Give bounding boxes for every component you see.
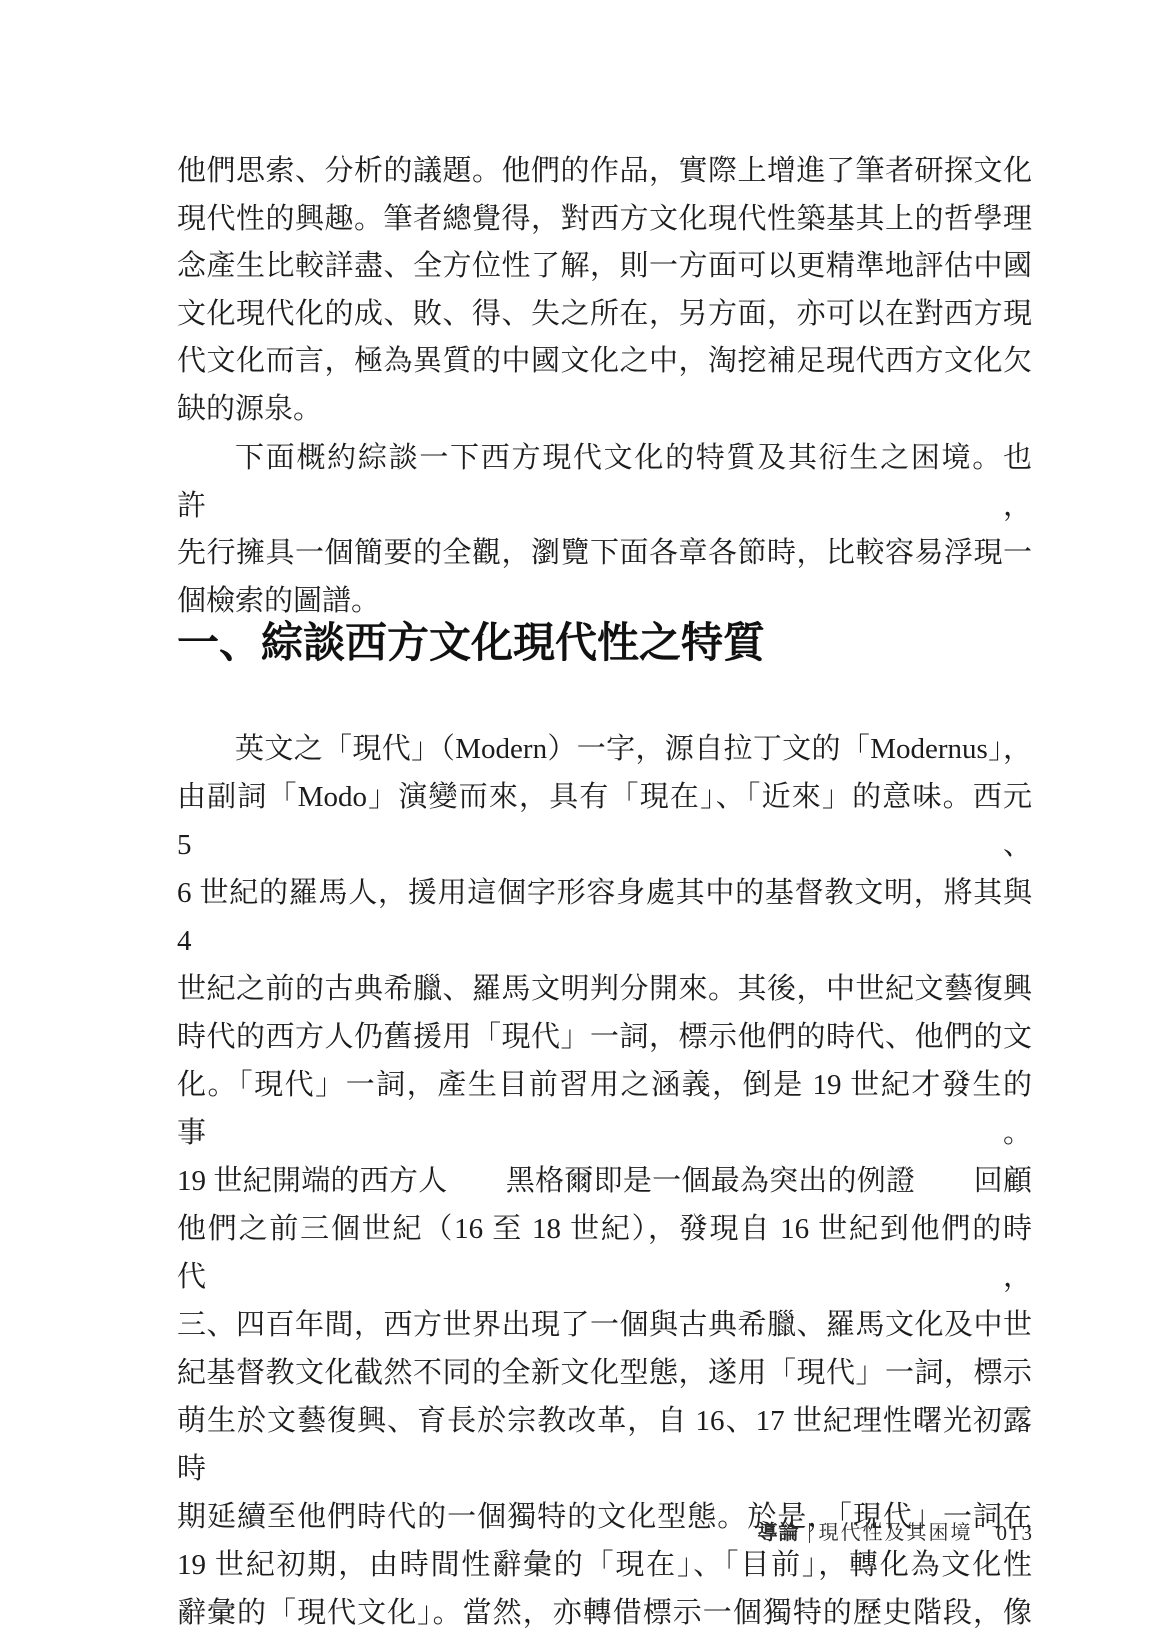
footer-page-number: 013: [997, 1520, 1035, 1546]
text-line: 下面概約綜談一下西方現代文化的特質及其衍生之困境。也許，: [177, 435, 1032, 530]
text-line: 他們之前三個世紀（16 至 18 世紀），發現自 16 世紀到他們的時代，: [177, 1205, 1032, 1301]
paragraph: 下面概約綜談一下西方現代文化的特質及其衍生之困境。也許，先行擁具一個簡要的全觀，…: [177, 435, 1032, 625]
text-line: 紀基督教文化截然不同的全新文化型態，遂用「現代」一詞，標示: [177, 1349, 1032, 1397]
text-line: 英文之「現代」（Modern）一字，源自拉丁文的「Modernus」，: [177, 725, 1032, 773]
text-line: 時代的西方人仍舊援用「現代」一詞，標示他們的時代、他們的文: [177, 1013, 1032, 1061]
text-line: 世紀之前的古典希臘、羅馬文明判分開來。其後，中世紀文藝復興: [177, 965, 1032, 1013]
text-line: 由副詞「Modo」演變而來，具有「現在」、「近來」的意味。西元 5、: [177, 773, 1032, 869]
text-line: 19 世紀初期，由時間性辭彙的「現在」、「目前」，轉化為文化性: [177, 1541, 1032, 1589]
page-footer: 導論 現代性及其困境 013: [758, 1520, 1035, 1546]
text-line: 缺的源泉。: [177, 386, 1032, 434]
text-line: 萌生於文藝復興、育長於宗教改革，自 16、17 世紀理性曙光初露時: [177, 1397, 1032, 1493]
section-paragraphs: 英文之「現代」（Modern）一字，源自拉丁文的「Modernus」，由副詞「M…: [177, 725, 1032, 1637]
footer-book-title: 現代性及其困境: [819, 1520, 973, 1546]
text-line: 辭彙的「現代文化」。當然，亦轉借標示一個獨特的歷史階段，像: [177, 1589, 1032, 1637]
paragraph: 英文之「現代」（Modern）一字，源自拉丁文的「Modernus」，由副詞「M…: [177, 725, 1032, 1637]
text-line: 19 世紀開端的西方人 黑格爾即是一個最為突出的例證 回顧: [177, 1157, 1032, 1205]
text-line: 他們思索、分析的議題。他們的作品，實際上增進了筆者研探文化: [177, 148, 1032, 196]
footer-chapter-label: 導論: [758, 1520, 800, 1546]
text-line: 代文化而言，極為異質的中國文化之中，淘挖補足現代西方文化欠: [177, 338, 1032, 386]
footer-divider: [809, 1523, 810, 1543]
paragraph: 他們思索、分析的議題。他們的作品，實際上增進了筆者研探文化現代性的興趣。筆者總覺…: [177, 148, 1032, 433]
text-line: 念產生比較詳盡、全方位性了解，則一方面可以更精準地評估中國: [177, 243, 1032, 291]
text-line: 三、四百年間，西方世界出現了一個與古典希臘、羅馬文化及中世: [177, 1301, 1032, 1349]
intro-paragraphs: 他們思索、分析的議題。他們的作品，實際上增進了筆者研探文化現代性的興趣。筆者總覺…: [177, 148, 1032, 625]
text-line: 先行擁具一個簡要的全觀，瀏覽下面各章各節時，比較容易浮現一: [177, 530, 1032, 578]
text-line: 化。「現代」一詞，產生目前習用之涵義，倒是 19 世紀才發生的事。: [177, 1061, 1032, 1157]
text-line: 文化現代化的成、敗、得、失之所在，另方面，亦可以在對西方現: [177, 291, 1032, 339]
section-heading: 一、綜談西方文化現代性之特質: [177, 616, 765, 672]
text-line: 現代性的興趣。筆者總覺得，對西方文化現代性築基其上的哲學理: [177, 196, 1032, 244]
book-page: 他們思索、分析的議題。他們的作品，實際上增進了筆者研探文化現代性的興趣。筆者總覺…: [0, 0, 1159, 1652]
text-line: 6 世紀的羅馬人，援用這個字形容身處其中的基督教文明，將其與 4: [177, 869, 1032, 965]
